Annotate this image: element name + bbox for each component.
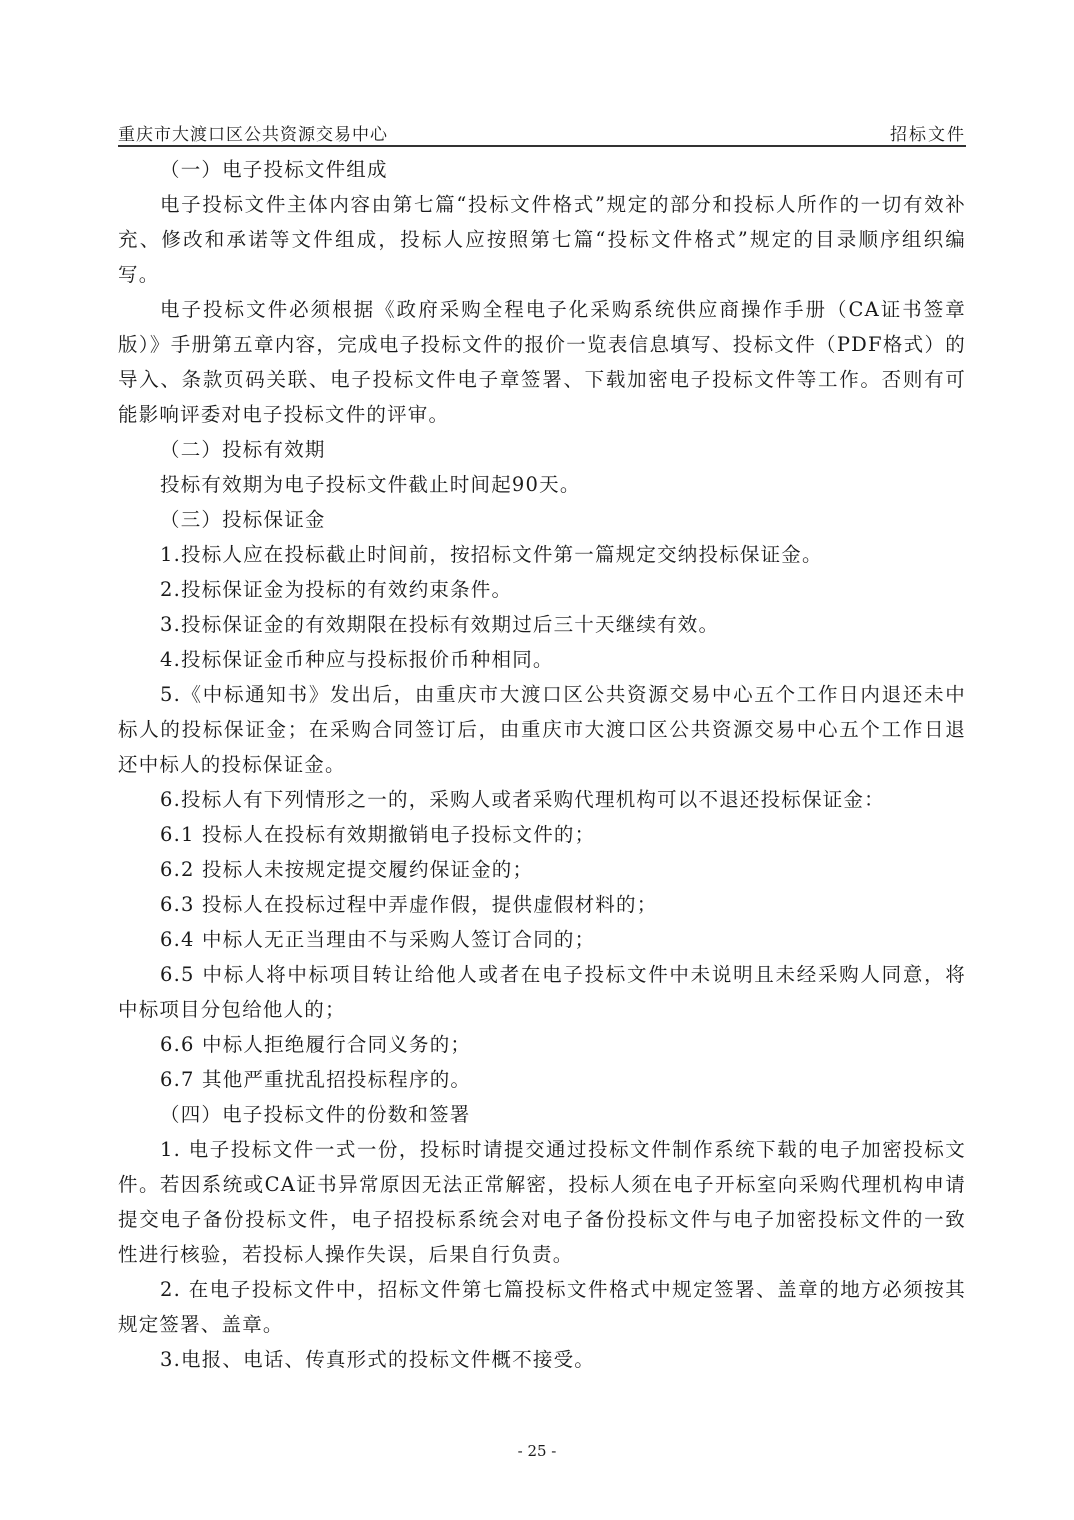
list-item: 4.投标保证金币种应与投标报价币种相同。 xyxy=(118,642,966,677)
section-heading-composition: （一）电子投标文件组成 xyxy=(118,152,966,187)
sub-list-item: 6.5 中标人将中标项目转让给他人或者在电子投标文件中未说明且未经采购人同意，将… xyxy=(118,957,966,1027)
section-heading-copies: （四）电子投标文件的份数和签署 xyxy=(118,1097,966,1132)
header-divider xyxy=(118,145,966,147)
document-body: （一）电子投标文件组成 电子投标文件主体内容由第七篇“投标文件格式”规定的部分和… xyxy=(118,152,966,1377)
list-item: 6.投标人有下列情形之一的，采购人或者采购代理机构可以不退还投标保证金： xyxy=(118,782,966,817)
sub-list-item: 6.3 投标人在投标过程中弄虚作假，提供虚假材料的； xyxy=(118,887,966,922)
sub-list-item: 6.4 中标人无正当理由不与采购人签订合同的； xyxy=(118,922,966,957)
list-item: 5.《中标通知书》发出后，由重庆市大渡口区公共资源交易中心五个工作日内退还未中标… xyxy=(118,677,966,782)
list-item: 1.投标人应在投标截止时间前，按招标文件第一篇规定交纳投标保证金。 xyxy=(118,537,966,572)
sub-list-item: 6.2 投标人未按规定提交履约保证金的； xyxy=(118,852,966,887)
paragraph: 投标有效期为电子投标文件截止时间起90天。 xyxy=(118,467,966,502)
list-item: 3.电报、电话、传真形式的投标文件概不接受。 xyxy=(118,1342,966,1377)
header-document-type: 招标文件 xyxy=(890,120,966,145)
sub-list-item: 6.1 投标人在投标有效期撤销电子投标文件的； xyxy=(118,817,966,852)
section-heading-validity: （二）投标有效期 xyxy=(118,432,966,467)
paragraph: 电子投标文件必须根据《政府采购全程电子化采购系统供应商操作手册（CA证书签章版）… xyxy=(118,292,966,432)
paragraph: 电子投标文件主体内容由第七篇“投标文件格式”规定的部分和投标人所作的一切有效补充… xyxy=(118,187,966,292)
list-item: 2.投标保证金为投标的有效约束条件。 xyxy=(118,572,966,607)
list-item: 2. 在电子投标文件中，招标文件第七篇投标文件格式中规定签署、盖章的地方必须按其… xyxy=(118,1272,966,1342)
sub-list-item: 6.6 中标人拒绝履行合同义务的； xyxy=(118,1027,966,1062)
sub-list-item: 6.7 其他严重扰乱招投标程序的。 xyxy=(118,1062,966,1097)
list-item: 1. 电子投标文件一式一份，投标时请提交通过投标文件制作系统下载的电子加密投标文… xyxy=(118,1132,966,1272)
section-heading-deposit: （三）投标保证金 xyxy=(118,502,966,537)
page-header: 重庆市大渡口区公共资源交易中心 招标文件 xyxy=(118,116,966,146)
page-number: - 25 - xyxy=(0,1442,1074,1460)
header-organization: 重庆市大渡口区公共资源交易中心 xyxy=(118,120,388,145)
list-item: 3.投标保证金的有效期限在投标有效期过后三十天继续有效。 xyxy=(118,607,966,642)
